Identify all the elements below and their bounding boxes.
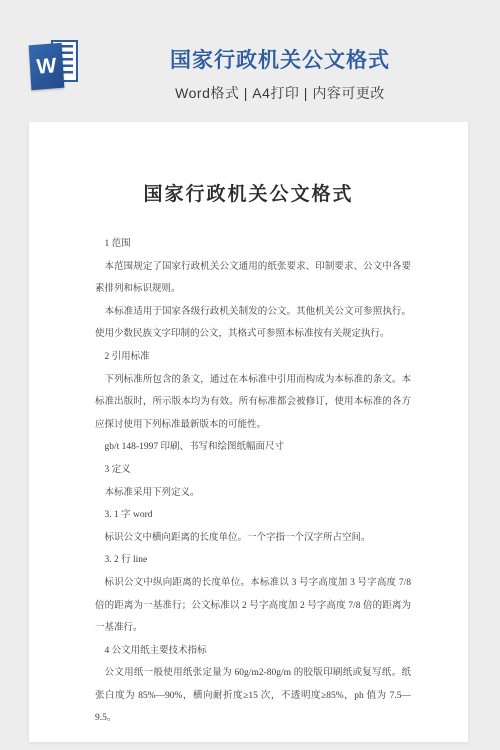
doc-heading: 3. 1 字 word bbox=[95, 504, 411, 527]
doc-heading: 3. 2 行 line bbox=[95, 549, 411, 572]
doc-heading: 1 范围 bbox=[95, 233, 411, 256]
doc-paragraph: 本标准适用于国家各级行政机关制发的公文。其他机关公文可参照执行。使用少数民族文字… bbox=[95, 301, 411, 346]
doc-paragraph: 公文用纸一般使用纸张定量为 60g/m2-80g/m 的胶版印刷纸或复写纸。纸张… bbox=[95, 662, 411, 730]
doc-paragraph: 本范围规定了国家行政机关公文通用的纸张要求、印制要求、公文中各要素排列和标识规则… bbox=[95, 256, 411, 301]
doc-paragraph: 本标准采用下列定义。 bbox=[95, 482, 411, 505]
document-title: 国家行政机关公文格式 bbox=[29, 122, 468, 206]
word-w-plate-icon: W bbox=[29, 43, 65, 91]
doc-paragraph: gb/t 148-1997 印刷、书写和绘图纸幅面尺寸 bbox=[95, 436, 411, 459]
doc-body: 1 范围本范围规定了国家行政机关公文通用的纸张要求、印制要求、公文中各要素排列和… bbox=[95, 233, 411, 730]
doc-heading: 3 定义 bbox=[95, 459, 411, 482]
header-text: 国家行政机关公文格式 Word格式 | A4打印 | 内容可更改 bbox=[88, 0, 472, 103]
doc-heading: 4 公文用纸主要技术指标 bbox=[95, 640, 411, 663]
doc-paragraph: 标识公文中纵向距离的长度单位。本标准以 3 号字高度加 3 号字高度 7/8 倍… bbox=[95, 572, 411, 640]
page-title: 国家行政机关公文格式 bbox=[88, 0, 472, 74]
doc-paragraph: 下列标准所包含的条文，通过在本标准中引用而构成为本标准的条文。本标准出版时，所示… bbox=[95, 369, 411, 437]
document-page: 国家行政机关公文格式 1 范围本范围规定了国家行政机关公文通用的纸张要求、印制要… bbox=[29, 122, 468, 742]
word-logo-icon: W bbox=[30, 38, 78, 91]
doc-heading: 2 引用标准 bbox=[95, 346, 411, 369]
template-preview: W 国家行政机关公文格式 Word格式 | A4打印 | 内容可更改 国家行政机… bbox=[0, 0, 500, 750]
page-subtitle: Word格式 | A4打印 | 内容可更改 bbox=[88, 83, 472, 103]
header: W 国家行政机关公文格式 Word格式 | A4打印 | 内容可更改 bbox=[0, 0, 500, 122]
doc-paragraph: 标识公文中横向距离的长度单位。一个字指一个汉字所占空间。 bbox=[95, 527, 411, 550]
